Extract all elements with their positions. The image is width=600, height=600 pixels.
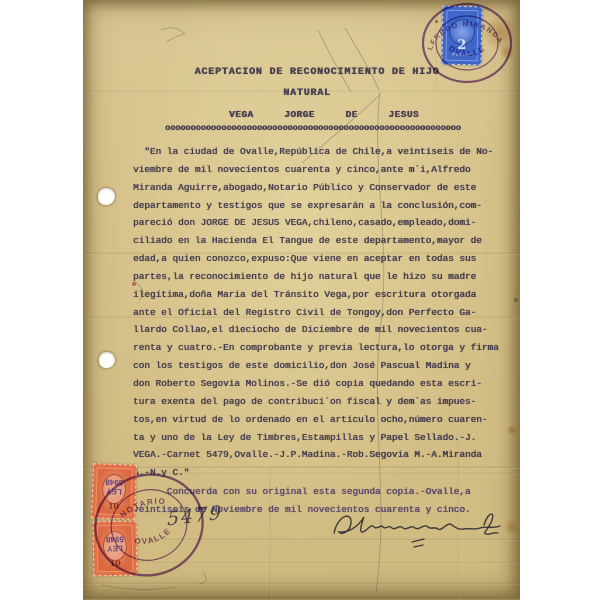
body-text-line: departamento y testigos que se expresará…: [133, 197, 499, 215]
svg-text:NOTARIO: NOTARIO: [117, 492, 170, 521]
seal-bottom-text: OVALLE: [447, 44, 487, 59]
body-text-line: ta y uno de la Ley de Timbres,Estampilla…: [133, 429, 499, 447]
body-text-line: pareció don JORGE DE JESUS VEGA,chileno,…: [133, 214, 499, 232]
notary-seal-top: ALFREDO MIRANDA A. OVALLE: [419, 0, 515, 86]
body-text-line: ilegítima,doña María del Tránsito Vega,p…: [133, 286, 499, 304]
seal-bottom-text: OVALLE: [132, 525, 175, 551]
seal-arc-text: ALFREDO MIRANDA A.: [419, 0, 506, 51]
body-text-line: tos,en virtud de lo ordenado en el artíc…: [133, 411, 499, 429]
body-text-line: ciliado en la Hacienda El Tangue de este…: [133, 232, 499, 250]
body-text-line: ante el Oficial del Registro Civil de To…: [133, 304, 499, 322]
document-photo: ACEPTACION DE RECONOCIMIENTO DE HIJO NAT…: [83, 0, 520, 600]
body-text-line: don Roberto Segovia Molinos.-Se dió copi…: [133, 375, 499, 393]
body-text-line: viembre de mil novecientos cuarenta y ci…: [133, 161, 499, 179]
body-text-line: edad,a quien conozco,expuso:Que viene en…: [133, 250, 499, 268]
body-text: "En la ciudad de Ovalle,República de Chi…: [133, 143, 499, 482]
punch-hole: [98, 188, 115, 205]
document-title-line2: NATURAL: [283, 85, 331, 103]
svg-text:ALFREDO MIRANDA A.: ALFREDO MIRANDA A.: [419, 0, 506, 51]
body-text-line: Miranda Aguirre,abogado,Notario Público …: [133, 179, 499, 197]
body-text-line: llardo Collao,el dieciocho de Diciembre …: [133, 321, 499, 339]
stain-spot: [507, 424, 517, 436]
separator-row: oooooooooooooooooooooooooooooooooooooooo…: [165, 120, 461, 138]
signature-ink: [328, 503, 514, 545]
svg-text:OVALLE: OVALLE: [447, 44, 487, 59]
body-text-line: "En la ciudad de Ovalle,República de Chi…: [133, 143, 499, 161]
body-text-line: tura exenta del pago de contribuci´on fi…: [133, 393, 499, 411]
svg-text:OVALLE: OVALLE: [132, 525, 175, 551]
stain-spot: [514, 298, 518, 302]
body-text-line: con los testigos de este domicilio,don J…: [133, 357, 499, 375]
body-text-line: renta y cuatro.-En comprobante y previa …: [133, 339, 499, 357]
body-text-line: partes,la reconocimiento de hijo natural…: [133, 268, 499, 286]
document-title: ACEPTACION DE RECONOCIMIENTO DE HIJO: [195, 64, 440, 82]
seal-arc-text: NOTARIO: [117, 492, 170, 521]
